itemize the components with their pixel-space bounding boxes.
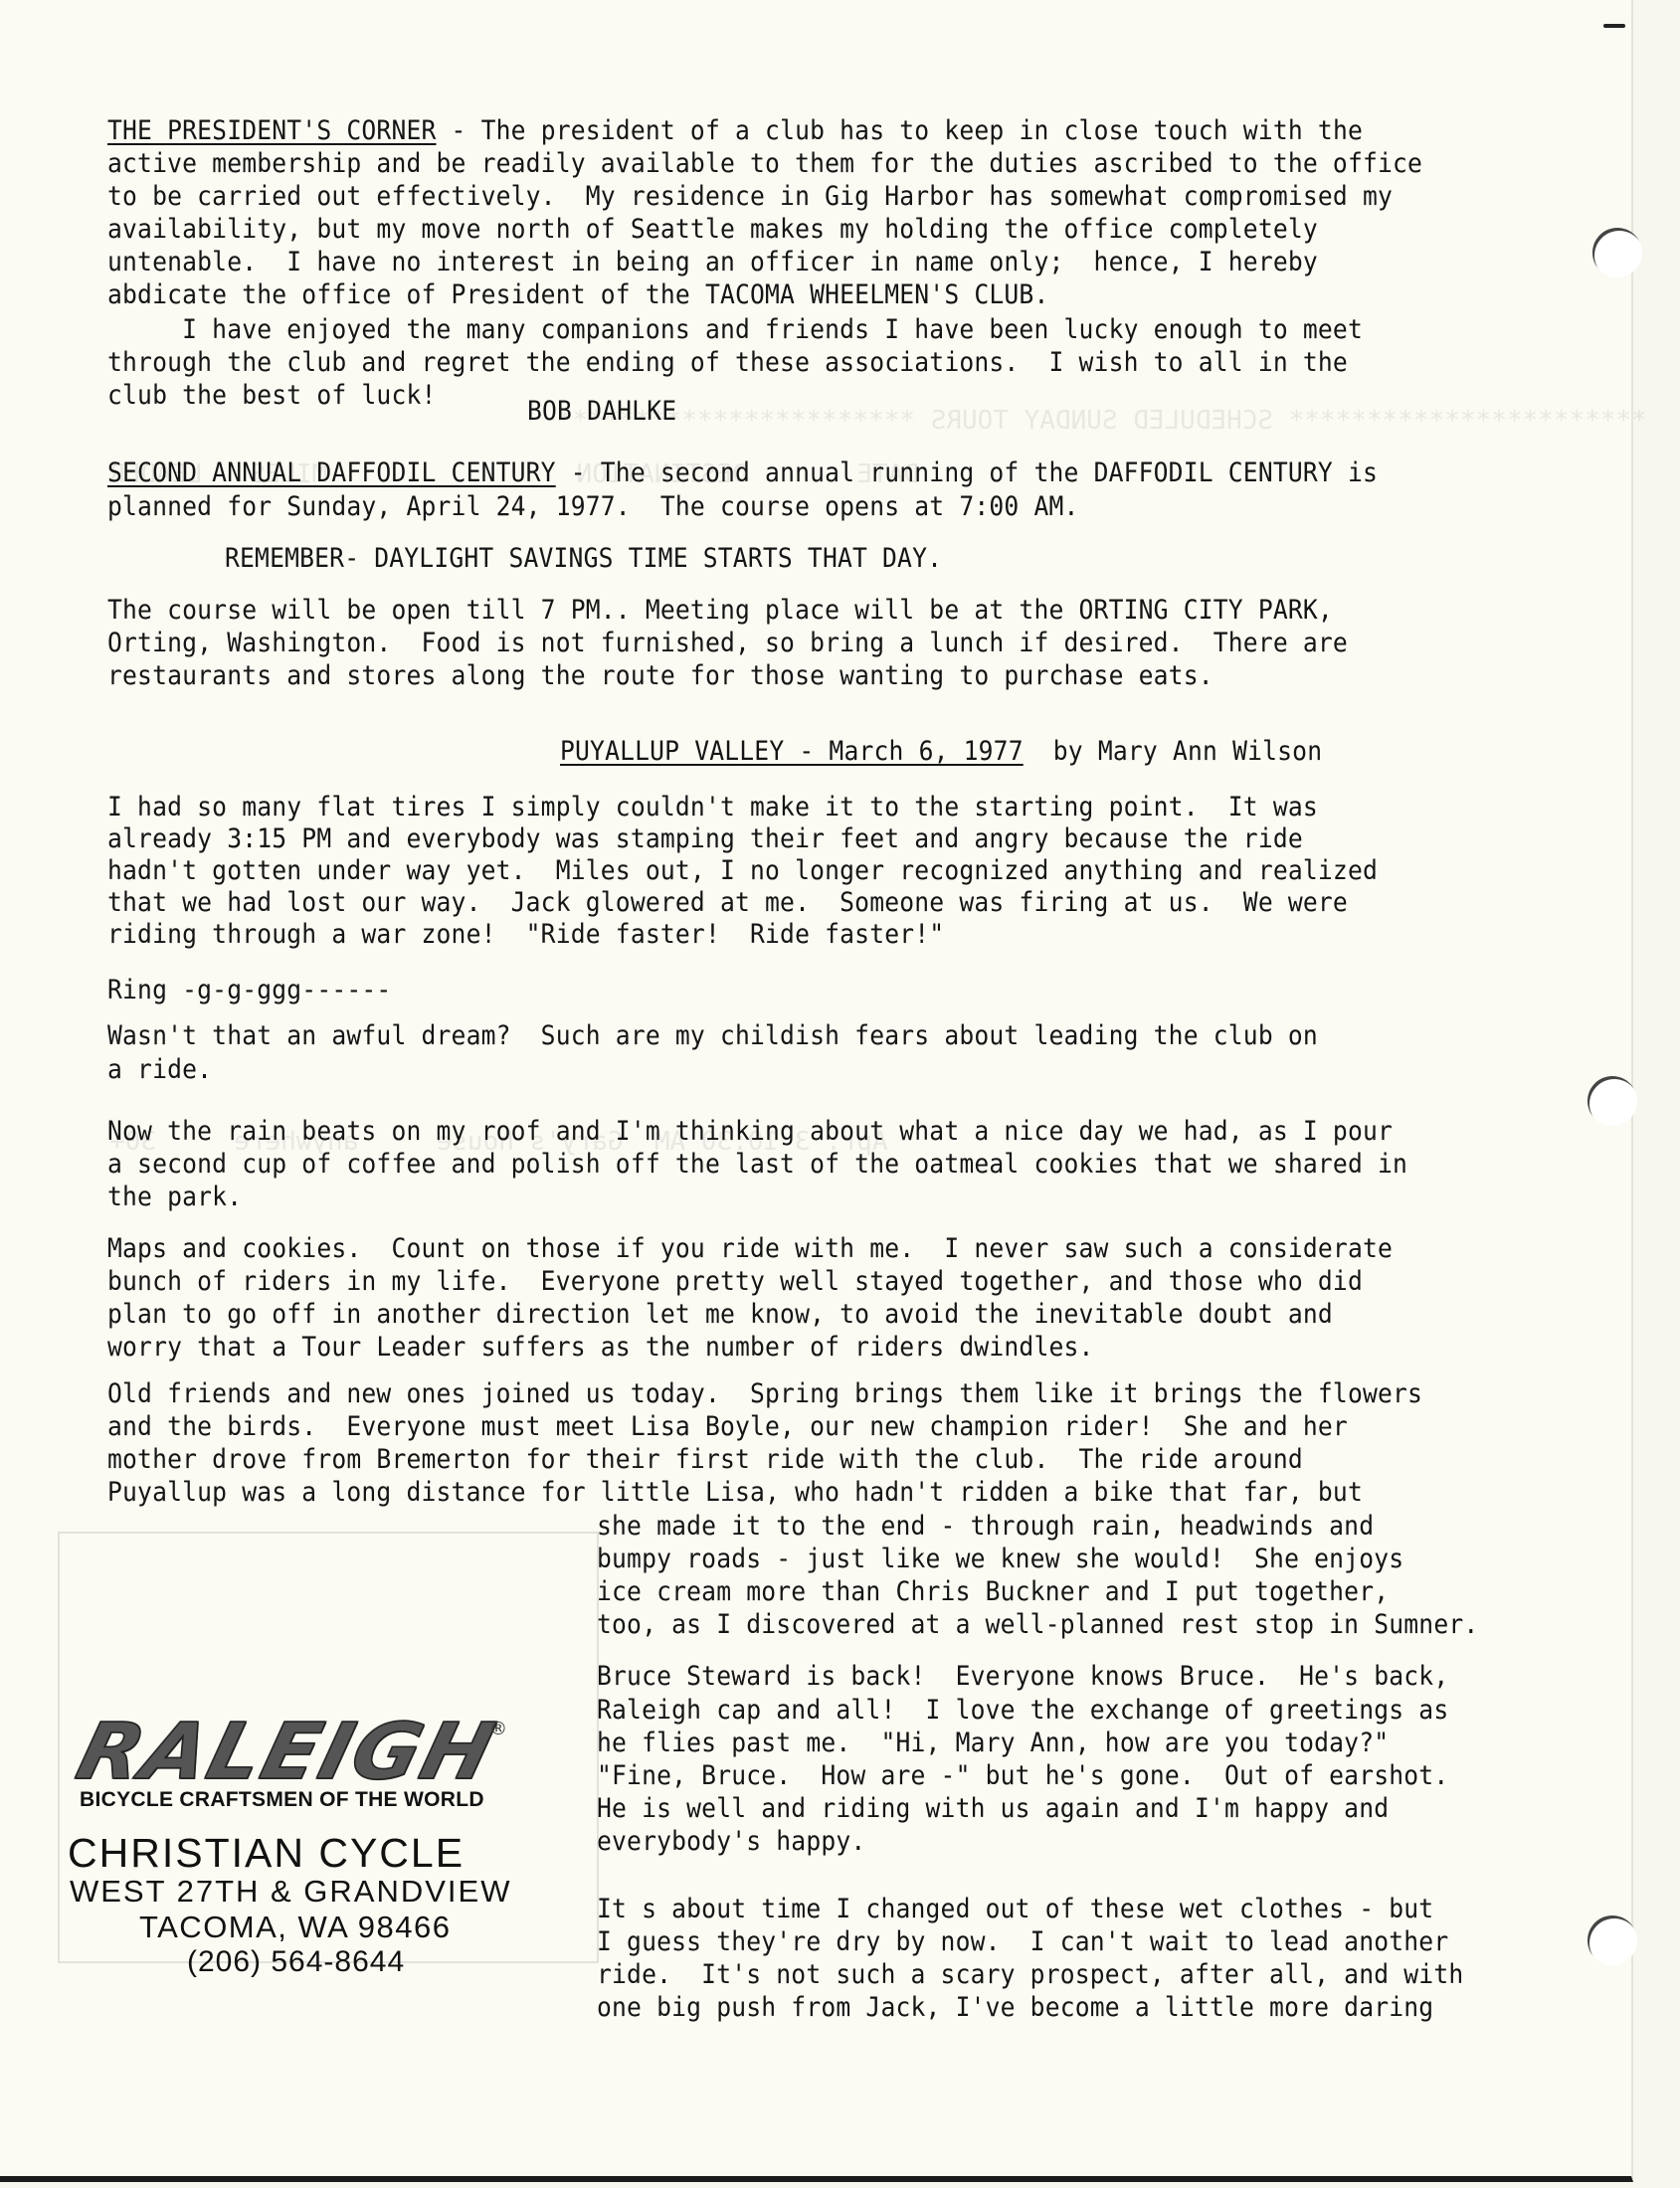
body-line: everybody's happy. (597, 1826, 865, 1858)
reminder-notice: REMEMBER- DAYLIGHT SAVINGS TIME STARTS T… (225, 543, 942, 575)
body-line: too, as I discovered at a well-planned r… (597, 1609, 1478, 1641)
body-line: through the club and regret the ending o… (107, 347, 1348, 379)
punch-hole-middle (1587, 1076, 1637, 1126)
body-line: ride. It's not such a scary prospect, af… (597, 1959, 1463, 1991)
body-line: he flies past me. "Hi, Mary Ann, how are… (597, 1728, 1389, 1759)
body-line: she made it to the end - through rain, h… (597, 1511, 1374, 1543)
body-line: a ride. (107, 1054, 212, 1086)
article-title: PUYALLUP VALLEY - March 6, 1977 (560, 736, 1024, 767)
article-title-line: PUYALLUP VALLEY - March 6, 1977 by Mary … (560, 736, 1322, 768)
body-line: I guess they're dry by now. I can't wait… (597, 1926, 1448, 1958)
body-line: already 3:15 PM and everybody was stampi… (107, 823, 1303, 855)
section-heading: SECOND ANNUAL DAFFODIL CENTURY (107, 457, 556, 488)
body-line: worry that a Tour Leader suffers as the … (107, 1332, 1094, 1364)
shop-name: CHRISTIAN CYCLE (68, 1830, 465, 1877)
newsletter-page: *********************** SCHEDULED SUNDAY… (0, 0, 1633, 2182)
body-line: Now the rain beats on my roof and I'm th… (107, 1116, 1393, 1148)
body-line: Bruce Steward is back! Everyone knows Br… (597, 1661, 1448, 1693)
presidents-corner-first-line: THE PRESIDENT'S CORNER - The president o… (107, 115, 1363, 147)
body-line: Wasn't that an awful dream? Such are my … (107, 1020, 1318, 1052)
body-line: riding through a war zone! "Ride faster!… (107, 919, 944, 951)
corner-mark (1603, 24, 1625, 28)
body-line: Ring -g-g-ggg------ (107, 975, 391, 1006)
punch-hole-top (1592, 228, 1642, 277)
body-line: bunch of riders in my life. Everyone pre… (107, 1266, 1363, 1298)
body-line: hadn't gotten under way yet. Miles out, … (107, 855, 1378, 887)
body-line: abdicate the office of President of the … (107, 279, 1048, 311)
registered-mark: ® (489, 1719, 507, 1739)
body-line: He is well and riding with us again and … (597, 1793, 1389, 1825)
body-line: Old friends and new ones joined us today… (107, 1378, 1422, 1410)
body-line: It s about time I changed out of these w… (597, 1894, 1433, 1925)
body-line: I have enjoyed the many companions and f… (107, 314, 1363, 346)
body-line: active membership and be readily availab… (107, 148, 1422, 180)
body-line: club the best of luck! (107, 380, 437, 412)
body-line: the park. (107, 1182, 242, 1213)
shop-address: WEST 27TH & GRANDVIEW (70, 1874, 512, 1910)
body-line: availability, but my move north of Seatt… (107, 214, 1318, 246)
body-line: bumpy roads - just like we knew she woul… (597, 1544, 1403, 1575)
body-line: and the birds. Everyone must meet Lisa B… (107, 1411, 1348, 1443)
body-line: that we had lost our way. Jack glowered … (107, 887, 1348, 919)
body-line: Puyallup was a long distance for little … (107, 1477, 1363, 1509)
article-byline: by Mary Ann Wilson (1024, 736, 1322, 767)
body-line: ice cream more than Chris Buckner and I … (597, 1576, 1389, 1608)
body-line: to be carried out effectively. My reside… (107, 181, 1393, 213)
body-line: a second cup of coffee and polish off th… (107, 1149, 1407, 1181)
shop-phone: (206) 564-8644 (187, 1945, 405, 1979)
section-heading: THE PRESIDENT'S CORNER (107, 115, 437, 146)
daffodil-first-line: SECOND ANNUAL DAFFODIL CENTURY - The sec… (107, 457, 1378, 489)
body-line: mother drove from Bremerton for their fi… (107, 1444, 1303, 1476)
body-line: Raleigh cap and all! I love the exchange… (597, 1695, 1448, 1727)
bleed-through-text: *********************** SCHEDULED SUNDAY… (557, 406, 1647, 436)
body-line: "Fine, Bruce. How are -" but he's gone. … (597, 1760, 1448, 1792)
body-line: The course will be open till 7 PM.. Meet… (107, 595, 1333, 627)
body-line: Maps and cookies. Count on those if you … (107, 1233, 1393, 1265)
body-line: untenable. I have no interest in being a… (107, 247, 1318, 278)
raleigh-logo: RALEIGH (69, 1708, 504, 1797)
shop-city: TACOMA, WA 98466 (139, 1910, 451, 1945)
body-line: planned for Sunday, April 24, 1977. The … (107, 491, 1079, 523)
body-line: one big push from Jack, I've become a li… (597, 1992, 1433, 2024)
body-line: Orting, Washington. Food is not furnishe… (107, 628, 1348, 659)
body-line: restaurants and stores along the route f… (107, 660, 1213, 692)
punch-hole-bottom (1587, 1915, 1637, 1965)
body-line: I had so many flat tires I simply couldn… (107, 792, 1318, 823)
signature: BOB DAHLKE (527, 396, 676, 428)
body-line: plan to go off in another direction let … (107, 1299, 1333, 1331)
ad-tagline: BICYCLE CRAFTSMEN OF THE WORLD (80, 1788, 484, 1812)
